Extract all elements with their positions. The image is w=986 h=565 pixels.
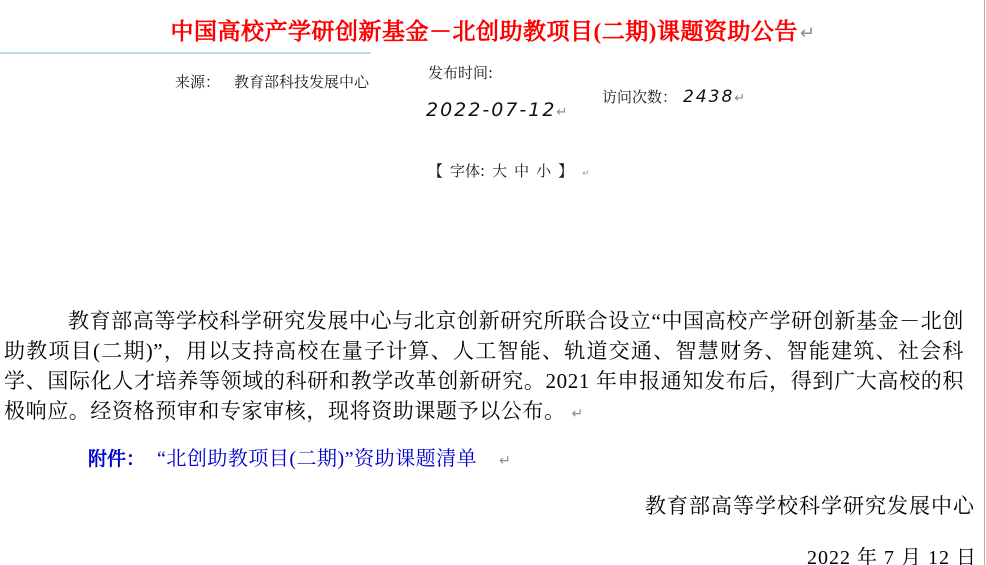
paragraph-mark-icon: ↵ — [734, 91, 745, 106]
paragraph-mark-icon: ↵ — [800, 23, 816, 44]
paragraph-mark-icon: ↵ — [582, 169, 590, 179]
publish-date-value: 2022-07-12 — [426, 99, 556, 121]
paragraph-mark-icon: ↵ — [571, 406, 583, 422]
publish-time-label: 发布时间: — [428, 62, 493, 83]
visit-count-label: 访问次数： — [602, 88, 677, 106]
title-divider-line — [0, 52, 371, 54]
attachment-row: 附件：“北创助教项目(二期)”资助课题清单↵ — [88, 442, 511, 471]
publish-date: 2022-07-12↵ — [426, 99, 567, 121]
visit-count-value: 2438 — [683, 87, 734, 107]
announcement-body: 教育部高等学校科学研究发展中心与北京创新研究所联合设立“中国高校产学研创新基金－… — [4, 306, 964, 429]
visit-count-row: 访问次数：2438↵ — [602, 86, 745, 107]
attachment-link[interactable]: “北创助教项目(二期)”资助课题清单 — [157, 448, 477, 470]
signature-organization: 教育部高等学校科学研究发展中心 — [645, 490, 975, 520]
attachment-label: 附件： — [88, 448, 145, 470]
font-bar-label: 字体: — [450, 162, 485, 180]
paragraph-mark-icon: ↵ — [556, 105, 567, 120]
paragraph-mark-icon: ↵ — [499, 453, 511, 469]
page-title: 中国高校产学研创新基金－北创助教项目(二期)课题资助公告↵ — [0, 13, 986, 46]
source-label: 来源： — [175, 73, 220, 91]
page-right-border — [984, 0, 985, 565]
font-size-large-button[interactable]: 大 — [492, 162, 507, 180]
font-size-small-button[interactable]: 小 — [536, 162, 551, 180]
announcement-page: 中国高校产学研创新基金－北创助教项目(二期)课题资助公告↵ 来源：教育部科技发展… — [0, 0, 986, 565]
announcement-paragraph: 教育部高等学校科学研究发展中心与北京创新研究所联合设立“中国高校产学研创新基金－… — [4, 309, 964, 423]
font-bar-bracket-open: 【 — [428, 162, 443, 180]
source-row: 来源：教育部科技发展中心 — [175, 71, 369, 92]
signature-date: 2022 年 7 月 12 日 — [807, 541, 977, 565]
font-size-medium-button[interactable]: 中 — [514, 162, 529, 180]
page-title-text: 中国高校产学研创新基金－北创助教项目(二期)课题资助公告 — [171, 19, 798, 44]
font-bar-bracket-close: 】 — [558, 162, 573, 180]
source-value: 教育部科技发展中心 — [234, 73, 369, 91]
font-size-bar: 【字体:大中小】↵ — [428, 160, 597, 181]
